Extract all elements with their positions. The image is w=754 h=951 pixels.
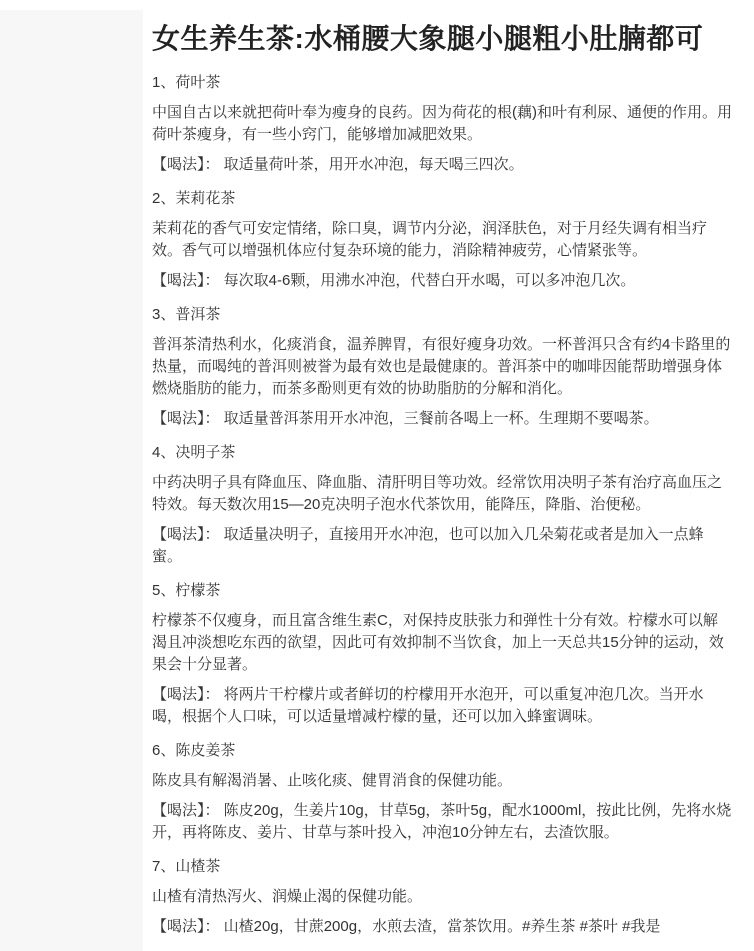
top-strip — [0, 0, 754, 10]
section-usage: 【喝法】： 取适量荷叶茶，用开水冲泡，每天喝三四次。 — [152, 154, 732, 176]
section-heading: 5、柠檬茶 — [152, 580, 732, 602]
section-heading: 4、决明子茶 — [152, 442, 732, 464]
section-usage: 【喝法】： 山楂20g，甘蔗200g，水煎去渣，當茶饮用。#养生茶 #茶叶 #我… — [152, 916, 732, 938]
section-heading: 2、茉莉花茶 — [152, 188, 732, 210]
tea-section-2: 2、茉莉花茶 茉莉花的香气可安定情绪，除口臭，调节内分泌，润泽肤色，对于月经失调… — [152, 188, 732, 292]
article-title: 女生养生茶:水桶腰大象腿小腿粗小肚腩都可 — [152, 20, 732, 58]
section-body: 中药决明子具有降血压、降血脂、清肝明目等功效。经常饮用决明子茶有治疗高血压之特效… — [152, 472, 732, 516]
tea-section-6: 6、陈皮姜茶 陈皮具有解渴消暑、止咳化痰、健胃消食的保健功能。 【喝法】： 陈皮… — [152, 740, 732, 844]
page-viewport: 女生养生茶:水桶腰大象腿小腿粗小肚腩都可 1、荷叶茶 中国自古以来就把荷叶奉为瘦… — [0, 0, 754, 951]
section-body: 柠檬茶不仅瘦身，而且富含维生素C，对保持皮肤张力和弹性十分有效。柠檬水可以解渴且… — [152, 610, 732, 676]
section-body: 普洱茶清热利水，化痰消食，温养脾胃，有很好瘦身功效。一杯普洱只含有约4卡路里的热… — [152, 334, 732, 400]
tea-section-5: 5、柠檬茶 柠檬茶不仅瘦身，而且富含维生素C，对保持皮肤张力和弹性十分有效。柠檬… — [152, 580, 732, 728]
tea-section-1: 1、荷叶茶 中国自古以来就把荷叶奉为瘦身的良药。因为荷花的根(藕)和叶有利尿、通… — [152, 72, 732, 176]
section-heading: 6、陈皮姜茶 — [152, 740, 732, 762]
left-gutter — [0, 10, 143, 951]
tea-section-7: 7、山楂茶 山楂有清热泻火、润燥止渴的保健功能。 【喝法】： 山楂20g，甘蔗2… — [152, 856, 732, 938]
section-body: 中国自古以来就把荷叶奉为瘦身的良药。因为荷花的根(藕)和叶有利尿、通便的作用。用… — [152, 102, 732, 146]
tea-section-4: 4、决明子茶 中药决明子具有降血压、降血脂、清肝明目等功效。经常饮用决明子茶有治… — [152, 442, 732, 568]
section-heading: 3、普洱茶 — [152, 304, 732, 326]
section-body: 山楂有清热泻火、润燥止渴的保健功能。 — [152, 886, 732, 908]
section-body: 茉莉花的香气可安定情绪，除口臭，调节内分泌，润泽肤色，对于月经失调有相当疗效。香… — [152, 218, 732, 262]
section-heading: 7、山楂茶 — [152, 856, 732, 878]
section-usage: 【喝法】： 陈皮20g，生姜片10g，甘草5g，茶叶5g，配水1000ml，按此… — [152, 800, 732, 844]
section-heading: 1、荷叶茶 — [152, 72, 732, 94]
article-card: 女生养生茶:水桶腰大象腿小腿粗小肚腩都可 1、荷叶茶 中国自古以来就把荷叶奉为瘦… — [143, 10, 754, 951]
section-body: 陈皮具有解渴消暑、止咳化痰、健胃消食的保健功能。 — [152, 770, 732, 792]
section-usage: 【喝法】： 取适量决明子，直接用开水冲泡，也可以加入几朵菊花或者是加入一点蜂蜜。 — [152, 524, 732, 568]
section-usage: 【喝法】： 将两片干柠檬片或者鲜切的柠檬用开水泡开，可以重复冲泡几次。当开水喝，… — [152, 684, 732, 728]
section-usage: 【喝法】： 取适量普洱茶用开水冲泡，三餐前各喝上一杯。生理期不要喝茶。 — [152, 408, 732, 430]
article-content: 女生养生茶:水桶腰大象腿小腿粗小肚腩都可 1、荷叶茶 中国自古以来就把荷叶奉为瘦… — [152, 20, 732, 938]
page-background: 女生养生茶:水桶腰大象腿小腿粗小肚腩都可 1、荷叶茶 中国自古以来就把荷叶奉为瘦… — [0, 10, 754, 951]
tea-section-3: 3、普洱茶 普洱茶清热利水，化痰消食，温养脾胃，有很好瘦身功效。一杯普洱只含有约… — [152, 304, 732, 430]
section-usage: 【喝法】： 每次取4-6颗，用沸水冲泡，代替白开水喝，可以多冲泡几次。 — [152, 270, 732, 292]
